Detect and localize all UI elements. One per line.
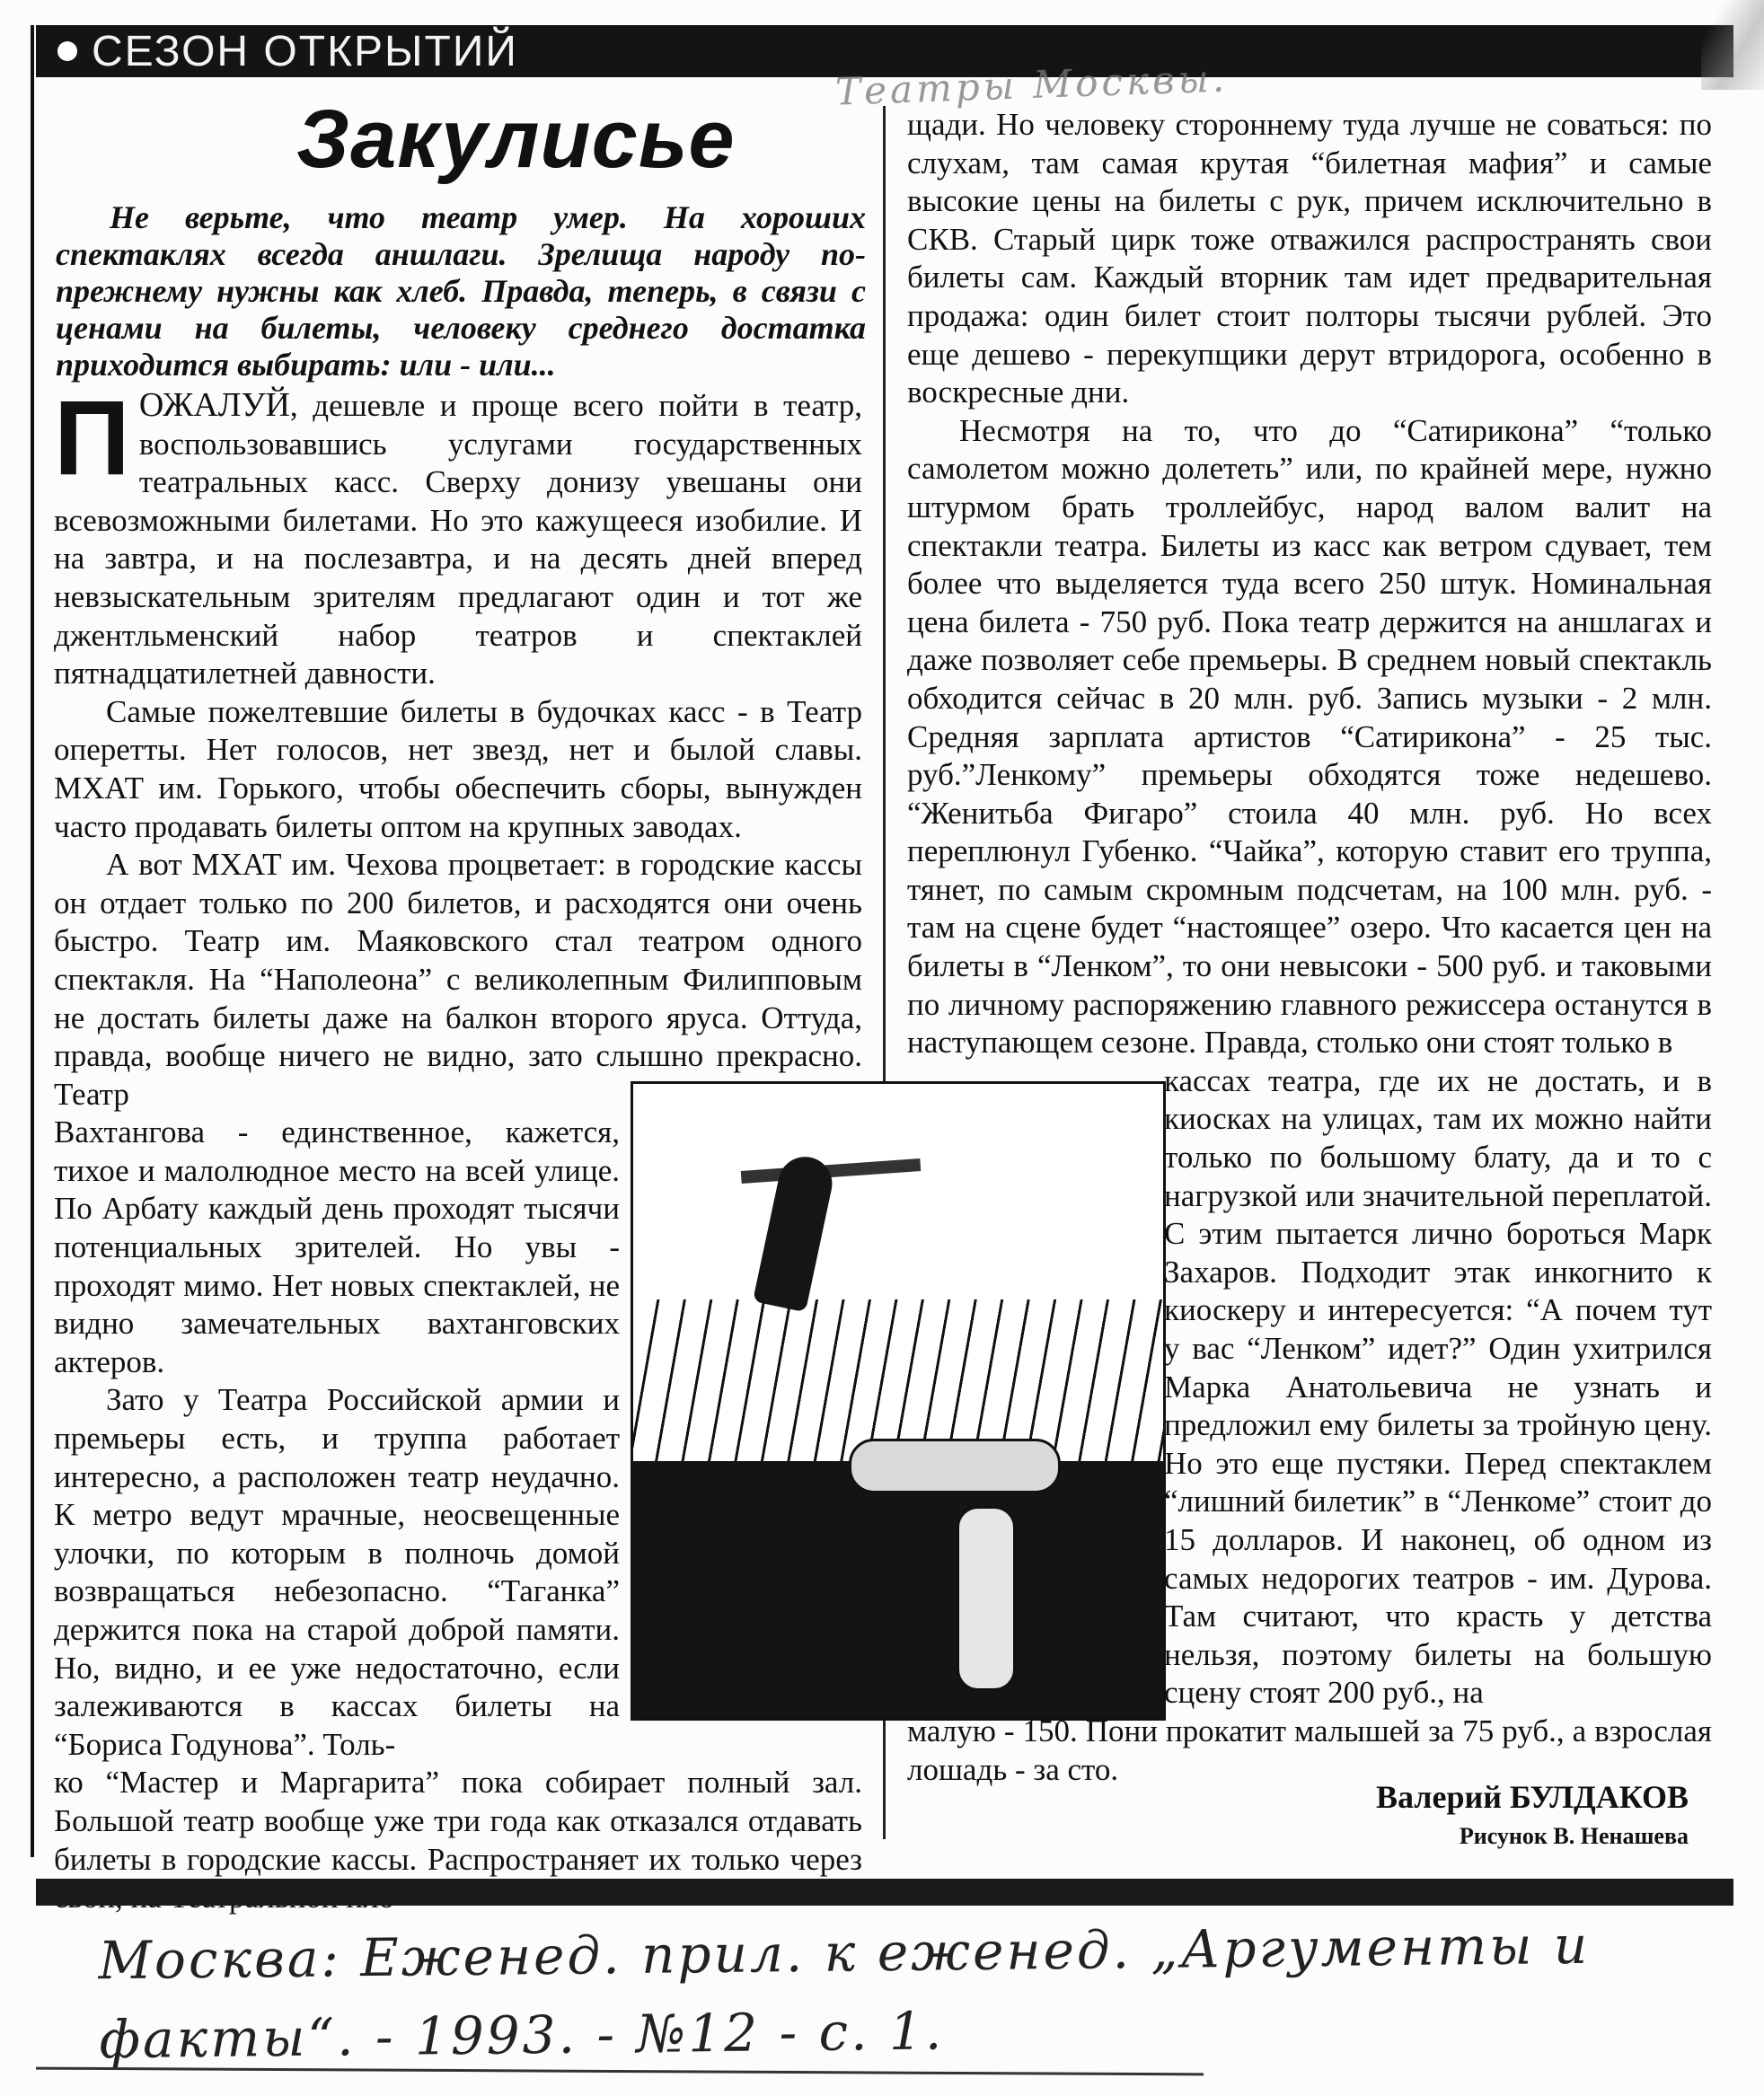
bottom-rule-bar: [36, 1879, 1733, 1906]
paragraph: ПОЖАЛУЙ, дешевле и проще всего пойти в т…: [54, 386, 862, 693]
paragraph: А вот МХАТ им. Чехова процветает: в горо…: [54, 846, 862, 1114]
paragraph: кассах театра, где их не достать, и в ки…: [1164, 1062, 1712, 1713]
drop-cap: П: [54, 392, 130, 485]
paragraph: щади. Но человеку стороннему туда лучше …: [907, 106, 1712, 412]
paragraph: Несмотря на то, что до “Сатирикона” “тол…: [907, 412, 1712, 1062]
illustration-credit: Рисунок В. Ненашева: [1460, 1823, 1689, 1850]
scan-smudge: [1701, 0, 1764, 90]
paragraph: Зато у Театра Российской армии и премьер…: [54, 1381, 620, 1764]
paragraph: Вахтангова - единственное, кажется, тихо…: [54, 1114, 620, 1381]
fallen-figure: [849, 1439, 1061, 1493]
wrapped-text-block: Вахтангова - единственное, кажется, тихо…: [54, 1114, 620, 1764]
cartoon-illustration: [631, 1081, 1166, 1721]
article-lead: Не верьте, что театр умер. На хороших сп…: [56, 199, 866, 383]
newspaper-clipping: СЕЗОН ОТКРЫТИЙ Театры Москвы. Закулисье …: [0, 0, 1764, 2096]
left-border-rule: [31, 25, 34, 1857]
paragraph: Самые пожелтевшие билеты в будочках касс…: [54, 693, 862, 846]
audience-shadow: [633, 1461, 1163, 1718]
bullet-icon: [57, 41, 77, 61]
rubric-label: СЕЗОН ОТКРЫТИЙ: [92, 27, 518, 77]
handwritten-citation: Москва: Еженед. прил. к еженед. „Аргумен…: [98, 1905, 1680, 2079]
author-byline: Валерий БУЛДАКОВ: [1376, 1778, 1689, 1816]
first-word: ОЖАЛУЙ: [139, 386, 290, 424]
standing-figure: [957, 1506, 1016, 1691]
article-title: Закулисье: [296, 90, 736, 189]
